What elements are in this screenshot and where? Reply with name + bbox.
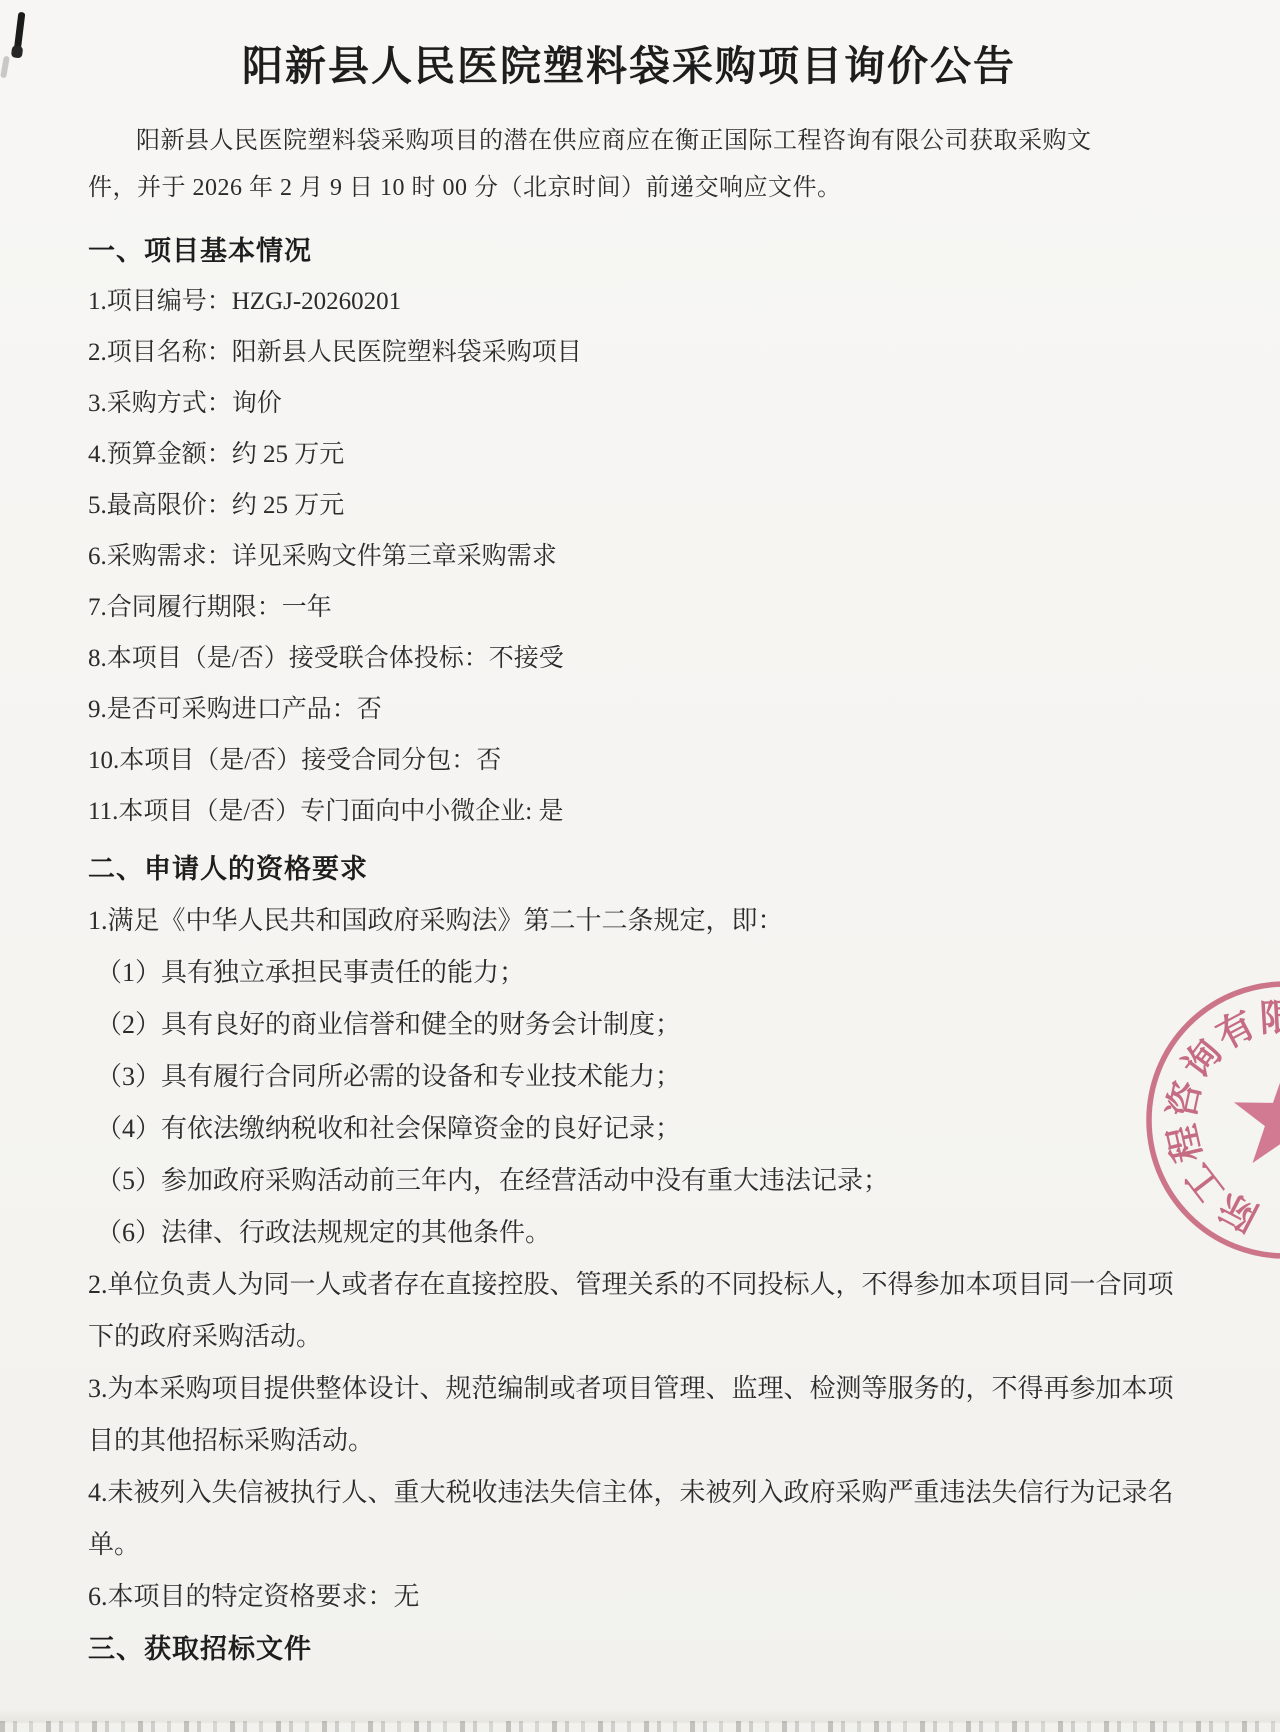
doc-line-procurement-method: 3.采购方式：询价: [88, 378, 1170, 429]
doc-line-qual-4: （4）有依法缴纳税收和社会保障资金的良好记录；: [88, 1103, 1170, 1155]
doc-line-budget: 4.预算金额：约 25 万元: [88, 429, 1170, 480]
section-qualifications: 1.满足《中华人民共和国政府采购法》第二十二条规定，即： （1）具有独立承担民事…: [88, 895, 1170, 1623]
doc-line-blacklist-1: 4.未被列入失信被执行人、重大税收违法失信主体，未被列入政府采购严重违法失信行为…: [88, 1467, 1170, 1519]
doc-line-blacklist-2: 单。: [88, 1519, 1170, 1571]
doc-line-price-cap: 5.最高限价：约 25 万元: [88, 480, 1170, 531]
doc-line-imported-products: 9.是否可采购进口产品：否: [88, 684, 1170, 735]
doc-line-design-services-2: 目的其他招标采购活动。: [88, 1415, 1170, 1467]
intro-paragraph: 阳新县人民医院塑料袋采购项目的潜在供应商应在衡正国际工程咨询有限公司获取采购文 …: [88, 118, 1170, 212]
section-heading-obtain-documents: 三、获取招标文件: [88, 1623, 1170, 1675]
doc-line-project-number: 1.项目编号：HZGJ-20260201: [88, 276, 1170, 327]
doc-line-subcontract: 10.本项目（是/否）接受合同分包：否: [88, 735, 1170, 786]
doc-line-qual-2: （2）具有良好的商业信誉和健全的财务会计制度；: [88, 999, 1170, 1051]
doc-line-qual-6: （6）法律、行政法规规定的其他条件。: [88, 1207, 1170, 1259]
document-title: 阳新县人民医院塑料袋采购项目询价公告: [88, 40, 1170, 92]
section-basic-info: 1.项目编号：HZGJ-20260201 2.项目名称：阳新县人民医院塑料袋采购…: [88, 276, 1170, 837]
doc-line-sme: 11.本项目（是/否）专门面向中小微企业: 是: [88, 786, 1170, 837]
doc-line-same-person-2: 下的政府采购活动。: [88, 1311, 1170, 1363]
intro-line: 阳新县人民医院塑料袋采购项目的潜在供应商应在衡正国际工程咨询有限公司获取采购文: [88, 118, 1170, 165]
doc-line-qual-3: （3）具有履行合同所必需的设备和专业技术能力；: [88, 1051, 1170, 1103]
announcement-document: 阳新县人民医院塑料袋采购项目询价公告 阳新县人民医院塑料袋采购项目的潜在供应商应…: [0, 40, 1280, 1675]
doc-line-specific-qualification: 6.本项目的特定资格要求：无: [88, 1571, 1170, 1623]
doc-line-project-name: 2.项目名称：阳新县人民医院塑料袋采购项目: [88, 327, 1170, 378]
scan-bottom-edge-artifact: [0, 1721, 1280, 1732]
intro-line: 件，并于 2026 年 2 月 9 日 10 时 00 分（北京时间）前递交响应…: [88, 165, 1170, 212]
section-heading-qualifications: 二、申请人的资格要求: [88, 843, 1170, 895]
doc-line-qual-5: （5）参加政府采购活动前三年内，在经营活动中没有重大违法记录；: [88, 1155, 1170, 1207]
doc-line-law-article22: 1.满足《中华人民共和国政府采购法》第二十二条规定，即：: [88, 895, 1170, 947]
doc-line-qual-1: （1）具有独立承担民事责任的能力；: [88, 947, 1170, 999]
doc-line-requirements: 6.采购需求：详见采购文件第三章采购需求: [88, 531, 1170, 582]
doc-line-consortium: 8.本项目（是/否）接受联合体投标：不接受: [88, 633, 1170, 684]
doc-line-contract-term: 7.合同履行期限：一年: [88, 582, 1170, 633]
doc-line-design-services-1: 3.为本采购项目提供整体设计、规范编制或者项目管理、监理、检测等服务的，不得再参…: [88, 1363, 1170, 1415]
doc-line-same-person-1: 2.单位负责人为同一人或者存在直接控股、管理关系的不同投标人，不得参加本项目同一…: [88, 1259, 1170, 1311]
section-heading-basic-info: 一、项目基本情况: [88, 226, 1170, 276]
